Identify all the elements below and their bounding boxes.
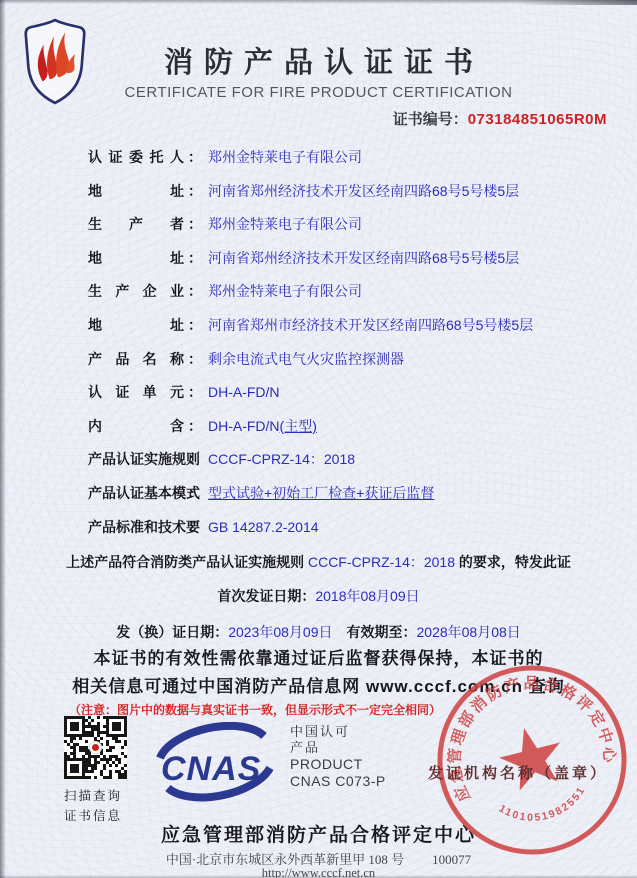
reissue-value: 2023年08月09日	[228, 624, 332, 640]
field-value: DH-A-FD/N	[208, 384, 280, 400]
field-value-underlined: 型式试验+初始工厂检查+获证后监督	[208, 485, 434, 501]
field-row-mode: 产品认证基本模式：型式试验+初始工厂检查+获证后监督	[88, 483, 628, 503]
field-label: 生产企业	[88, 281, 184, 301]
field-label: 内含	[88, 416, 184, 436]
certificate-number: 证书编号：073184851065R0M	[393, 108, 607, 129]
field-row-cert-unit: 认证单元：DH-A-FD/N	[88, 382, 628, 402]
field-colon: ：	[188, 283, 202, 299]
field-colon: ：	[188, 149, 202, 165]
scan-edge-corner	[517, 0, 637, 5]
statement-rule: CCCF-CPRZ-14：2018	[308, 554, 455, 570]
page-title: 消防产品认证证书	[0, 40, 637, 81]
cnas-product-cn: 产品	[290, 740, 386, 756]
qr-block: 扫描查询 证书信息	[64, 716, 164, 826]
scan-edge-left	[0, 0, 6, 878]
field-colon: ：	[188, 418, 202, 434]
field-row-address2: 地址：河南省郑州经济技术开发区经南四路68号5号楼5层	[88, 248, 628, 268]
reissue-label: 发（换）证日期：	[116, 624, 228, 640]
field-row-manufacturer: 生产企业：郑州金特莱电子有限公司	[88, 281, 628, 301]
cnas-text-block: 中国认可 产品 PRODUCT CNAS C073-P	[290, 724, 386, 790]
field-colon: ：	[188, 216, 202, 232]
cnas-accredited-cn: 中国认可	[290, 724, 386, 740]
statement-prefix: 上述产品符合消防类产品认证实施规则	[66, 554, 308, 570]
field-list: 认证委托人：郑州金特莱电子有限公司 地址：河南省郑州经济技术开发区经南四路68号…	[88, 147, 628, 550]
field-value: 剩余电流式电气火灾监控探测器	[208, 351, 404, 367]
qr-module	[124, 776, 127, 779]
certificate-number-value: 073184851065R0M	[468, 111, 607, 128]
field-colon: ：	[188, 351, 202, 367]
field-label: 产品名称	[88, 349, 184, 369]
svg-text:1101051982551: 1101051982551	[495, 782, 594, 834]
field-value: 河南省郑州经济技术开发区经南四路68号5号楼5层	[208, 183, 519, 199]
field-label: 认证单元	[88, 382, 184, 402]
field-value: 河南省郑州经济技术开发区经南四路68号5号楼5层	[208, 250, 519, 266]
field-value: 河南省郑州市经济技术开发区经南四路68号5号楼5层	[208, 317, 533, 333]
field-value: GB 14287.2-2014	[208, 519, 319, 535]
field-label: 地址	[88, 248, 184, 268]
field-colon: ：	[188, 250, 202, 266]
field-value: 郑州金特莱电子有限公司	[208, 149, 362, 165]
cnas-logo-text: CNAS	[161, 750, 261, 788]
official-seal-icon: 应急管理部消防产品合格评定中心 1101051982551	[432, 660, 632, 860]
field-row-includes: 内含：DH-A-FD/N(主型)	[88, 416, 628, 436]
field-row-producer: 生产者：郑州金特莱电子有限公司	[88, 214, 628, 234]
valid-until-label: 有效期至：	[347, 624, 417, 640]
field-row-address1: 地址：河南省郑州经济技术开发区经南四路68号5号楼5层	[88, 181, 628, 201]
conformity-statement: 上述产品符合消防类产品认证实施规则 CCCF-CPRZ-14：2018 的要求，…	[0, 552, 637, 572]
field-row-rule: 产品认证实施规则：CCCF-CPRZ-14：2018	[88, 449, 628, 469]
field-label: 地址	[88, 315, 184, 335]
field-value: 郑州金特莱电子有限公司	[208, 216, 362, 232]
field-row-product-name: 产品名称：剩余电流式电气火灾监控探测器	[88, 349, 628, 369]
field-label: 生产者	[88, 214, 184, 234]
cnas-code: CNAS C073-P	[290, 773, 386, 790]
field-value: 郑州金特莱电子有限公司	[208, 283, 362, 299]
field-colon: ：	[188, 519, 202, 535]
field-colon: ：	[188, 485, 202, 501]
certificate-number-label: 证书编号：	[393, 111, 468, 128]
field-label: 产品认证基本模式	[88, 483, 184, 503]
field-value-underlined: (主型)	[280, 418, 317, 434]
field-label: 产品标准和技术要	[88, 517, 184, 537]
field-value: DH-A-FD/N	[208, 418, 280, 434]
page-subtitle: CERTIFICATE FOR FIRE PRODUCT CERTIFICATI…	[0, 84, 637, 101]
org-website: http://www.cccf.net.cn	[0, 866, 637, 878]
field-label: 产品认证实施规则	[88, 449, 184, 469]
field-row-address3: 地址：河南省郑州市经济技术开发区经南四路68号5号楼5层	[88, 315, 628, 335]
field-row-applicant: 认证委托人：郑州金特莱电子有限公司	[88, 147, 628, 167]
cnas-product-en: PRODUCT	[290, 756, 386, 773]
statement-suffix: 的要求，特发此证	[455, 554, 571, 570]
first-issue-value: 2018年08月09日	[315, 588, 419, 604]
field-label: 认证委托人	[88, 147, 184, 167]
valid-until-value: 2028年08月08日	[417, 624, 521, 640]
certificate-page: 消防产品认证证书 CERTIFICATE FOR FIRE PRODUCT CE…	[0, 0, 637, 878]
first-issue-date-line: 首次发证日期：2018年08月09日	[0, 586, 637, 606]
seal-serial: 1101051982551	[495, 782, 594, 834]
field-colon: ：	[188, 451, 202, 467]
field-colon: ：	[188, 384, 202, 400]
field-colon: ：	[188, 317, 202, 333]
qr-code	[64, 716, 127, 779]
org-address: 中国·北京市东城区永外西革新里甲 108 号	[166, 852, 404, 867]
field-row-standard: 产品标准和技术要：GB 14287.2-2014	[88, 517, 628, 537]
cnas-logo-icon: CNAS	[152, 722, 274, 804]
seal-overlay-label: 发证机构名称（盖章）	[428, 762, 608, 783]
qr-center-logo-icon	[89, 741, 102, 754]
field-label: 地址	[88, 181, 184, 201]
field-colon: ：	[188, 183, 202, 199]
first-issue-label: 首次发证日期：	[217, 588, 315, 604]
field-value: CCCF-CPRZ-14：2018	[208, 451, 355, 467]
qr-caption-line1: 扫描查询	[64, 786, 164, 806]
reissue-date-line: 发（换）证日期：2023年08月09日有效期至：2028年08月08日	[0, 622, 637, 642]
